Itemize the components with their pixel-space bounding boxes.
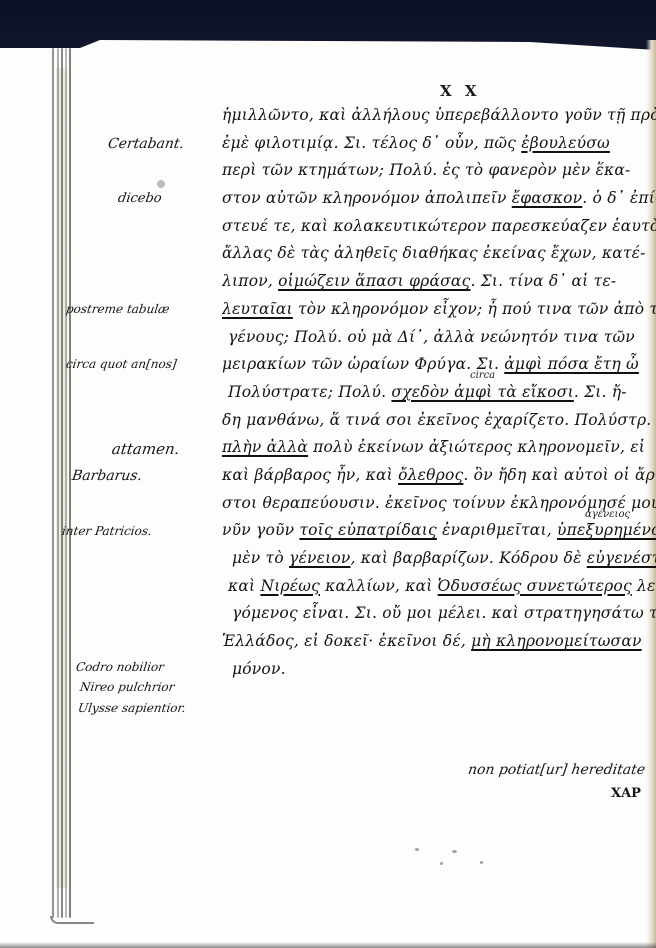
text-segment: . Σι. τίνα δ᾽ αἱ τε-	[470, 272, 616, 290]
underlined-phrase: εὐγενέστερος,	[587, 549, 656, 567]
text-line: Ἑλλάδος, εἰ δοκεῖ· ἐκεῖνοι δέ, μὴ κληρον…	[222, 628, 656, 656]
text-segment: ἐμὲ φιλοτιμίᾳ. Σι. τέλος δ᾽ οὖν, πῶς	[222, 134, 521, 152]
text-segment: ἐναριθμεῖται,	[437, 521, 557, 539]
text-segment: καλλίων, καὶ	[320, 577, 438, 595]
ink-speck	[440, 862, 443, 865]
margin-note: circa quot an[nos]	[65, 357, 178, 371]
text-segment: λε-	[632, 577, 656, 595]
text-segment: . ὃν ἤδη καὶ αὐτοὶ οἱ ἄρι-	[463, 466, 656, 484]
text-segment: δη μανθάνω, ἅ τινά σοι ἐκεῖνος ἐχαρίζετο…	[222, 411, 651, 429]
text-line: ἄλλας δὲ τὰς ἀληθεῖς διαθήκας ἐκείνας ἔχ…	[222, 240, 656, 268]
text-segment: γόμενος εἶναι. Σι. οὔ μοι μέλει. καὶ στρ…	[232, 604, 656, 622]
underlined-phrase: ἐβουλεύσω	[521, 134, 610, 152]
text-segment: μὲν τὸ	[232, 549, 289, 567]
text-line: ἐμὲ φιλοτιμίᾳ. Σι. τέλος δ᾽ οὖν, πῶς ἐβο…	[222, 130, 656, 158]
text-line: περὶ τῶν κτημάτων; Πολύ. ἐς τὸ φανερὸν μ…	[222, 157, 656, 185]
underlined-phrase: τοῖς εὐπατρίδαις	[299, 521, 437, 539]
text-segment: περὶ τῶν κτημάτων; Πολύ. ἐς τὸ φανερὸν μ…	[222, 161, 630, 179]
text-segment: τὸν κληρονόμον εἶχον; ἦ πού τινα τῶν ἀπὸ…	[293, 300, 656, 318]
underlined-phrase: μὴ κληρονομείτωσαν	[471, 632, 642, 650]
margin-note: non potiat[ur] hereditate	[467, 762, 646, 778]
text-segment: . Σι. ἤ-	[574, 383, 627, 401]
text-segment: Πολύστρατε; Πολύ.	[228, 383, 391, 401]
margin-note: Certabant.	[107, 136, 185, 152]
text-line: καὶ Νιρέως καλλίων, καὶ Ὀδυσσέως συνετώτ…	[222, 573, 656, 601]
underlined-phrase: οἰμώζειν ἅπασι φράσας	[278, 272, 470, 290]
text-line: γένους; Πολύ. οὐ μὰ Δί᾽, ἀλλὰ νεώνητόν τ…	[222, 324, 656, 352]
text-segment: στευέ τε, καὶ κολακευτικώτερον παρεσκεύα…	[222, 217, 656, 235]
text-segment: καὶ βάρβαρος ἦν, καὶ	[222, 466, 398, 484]
text-segment: Ἑλλάδος, εἰ δοκεῖ· ἐκεῖνοι δέ,	[222, 632, 471, 650]
scanned-page: X X ἡμιλλῶντο, καὶ ἀλλήλους ὑπερεβάλλοντ…	[0, 0, 656, 948]
margin-note: Nireo pulchrior	[79, 680, 175, 694]
underlined-phrase: ὑπεξυρημένος	[557, 521, 656, 539]
text-line: δη μανθάνω, ἅ τινά σοι ἐκεῖνος ἐχαρίζετο…	[222, 407, 656, 435]
text-line: πλὴν ἀλλὰ πολὺ ἐκείνων ἀξιώτερος κληρονο…	[222, 434, 656, 462]
text-line: λιπον, οἰμώζειν ἅπασι φράσας. Σι. τίνα δ…	[222, 268, 656, 296]
underlined-phrase: Ὀδυσσέως συνετώτερος	[438, 577, 632, 595]
text-segment: , καὶ βαρβαρίζων. Κόδρου δὲ	[351, 549, 587, 567]
underlined-phrase: ἀμφὶ πόσα ἔτη ὦ	[504, 355, 639, 373]
text-line: γόμενος εἶναι. Σι. οὔ μοι μέλει. καὶ στρ…	[222, 600, 656, 628]
text-segment: στον αὐτῶν κληρονόμον ἀπολιπεῖν	[222, 189, 512, 207]
ink-speck	[480, 861, 483, 864]
underlined-phrase: πλὴν ἀλλὰ	[222, 438, 308, 456]
text-segment: ἄλλας δὲ τὰς ἀληθεῖς διαθήκας ἐκείνας ἔχ…	[222, 244, 646, 262]
printed-greek-text: ἡμιλλῶντο, καὶ ἀλλήλους ὑπερεβάλλοντο γο…	[222, 102, 656, 683]
ink-speck	[452, 850, 457, 853]
text-line: ἡμιλλῶντο, καὶ ἀλλήλους ὑπερεβάλλοντο γο…	[222, 102, 656, 130]
margin-note: postreme tabulæ	[65, 302, 170, 316]
text-line: μὲν τὸ γένειον, καὶ βαρβαρίζων. Κόδρου δ…	[222, 545, 656, 573]
text-line: λευταῖαι τὸν κληρονόμον εἶχον; ἦ πού τιν…	[222, 296, 656, 324]
ink-speck	[415, 848, 419, 851]
text-line: μειρακίων τῶν ὡραίων Φρύγα. Σι. ἀμφὶ πόσ…	[222, 351, 656, 379]
text-segment: ἡμιλλῶντο, καὶ ἀλλήλους ὑπερεβάλλοντο γο…	[222, 106, 656, 124]
underlined-phrase: γένειον	[289, 549, 351, 567]
text-line: μόνον.	[222, 656, 656, 684]
margin-note: inter Patricios.	[61, 524, 153, 538]
signature-mark: X X	[440, 82, 481, 100]
stacked-page-edges	[52, 48, 70, 918]
text-line: καὶ βάρβαρος ἦν, καὶ ὄλεθρος. ὃν ἤδη καὶ…	[222, 462, 656, 490]
ink-speck	[157, 180, 165, 188]
text-segment: καὶ	[228, 577, 260, 595]
underlined-phrase: Νιρέως	[260, 577, 320, 595]
text-segment: λιπον,	[222, 272, 278, 290]
text-line: στευέ τε, καὶ κολακευτικώτερον παρεσκεύα…	[222, 213, 656, 241]
text-segment: μόνον.	[232, 660, 286, 678]
margin-note: Ulysse sapientior.	[77, 700, 189, 717]
margin-note: Barbarus.	[71, 468, 143, 484]
interlinear-gloss: circa	[470, 370, 495, 381]
underlined-phrase: σχεδὸν ἀμφὶ τὰ εἴκοσι	[391, 383, 573, 401]
text-segment: γένους; Πολύ. οὐ μὰ Δί᾽, ἀλλὰ νεώνητόν τ…	[228, 328, 635, 346]
underlined-phrase: ὄλεθρος	[398, 466, 463, 484]
scan-bottom-shadow	[0, 942, 656, 948]
underlined-phrase: λευταῖαι	[222, 300, 293, 318]
text-segment: πολὺ ἐκείνων ἀξιώτερος κληρονομεῖν, εἰ	[308, 438, 645, 456]
text-line: στον αὐτῶν κληρονόμον ἀπολιπεῖν ἔφασκον.…	[222, 185, 656, 213]
text-segment: νῦν γοῦν	[222, 521, 299, 539]
margin-note: dicebo	[117, 191, 163, 206]
interlinear-gloss: ἀγένειος	[585, 509, 630, 520]
text-line: Πολύστρατε; Πολύ. σχεδὸν ἀμφὶ τὰ εἴκοσι.…	[222, 379, 656, 407]
text-segment: . ὁ δ᾽ ἐπί-	[582, 189, 656, 207]
margin-note: attamen.	[111, 440, 181, 458]
text-segment: μειρακίων τῶν ὡραίων Φρύγα. Σι.	[222, 355, 504, 373]
catchword: ΧΑΡ	[611, 786, 641, 801]
text-line: νῦν γοῦν τοῖς εὐπατρίδαις ἐναριθμεῖται, …	[222, 517, 656, 545]
underlined-phrase: ἔφασκον	[512, 189, 583, 207]
margin-note: Codro nobilior	[75, 660, 165, 674]
